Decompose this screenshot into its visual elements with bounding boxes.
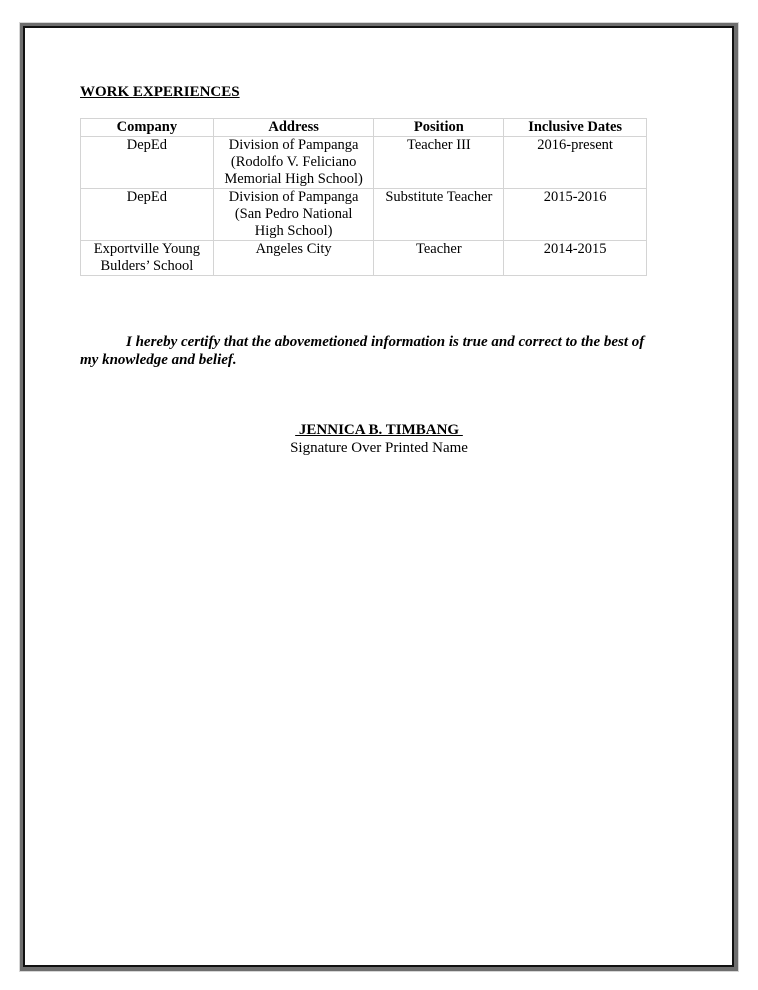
header-address: Address	[213, 119, 374, 137]
cell-dates: 2014-2015	[504, 241, 647, 276]
cell-company: Exportville Young Bulders’ School	[81, 241, 214, 276]
cell-address: Angeles City	[213, 241, 374, 276]
cell-text: 2014-2015	[506, 241, 644, 258]
cell-dates: 2015-2016	[504, 189, 647, 241]
cell-text: 2015-2016	[506, 189, 644, 206]
signatory-name: JENNICA B. TIMBANG	[295, 422, 463, 438]
cell-dates: 2016-present	[504, 137, 647, 189]
header-position: Position	[374, 119, 504, 137]
cell-text: Substitute Teacher	[376, 189, 501, 206]
table-header-row: Company Address Position Inclusive Dates	[81, 119, 647, 137]
table-row: DepEd Division of Pampanga (San Pedro Na…	[81, 189, 647, 241]
cell-company: DepEd	[81, 137, 214, 189]
cell-text: (Rodolfo V. Feliciano	[216, 154, 372, 171]
cell-position: Teacher	[374, 241, 504, 276]
certification-statement: I hereby certify that the abovemetioned …	[80, 333, 662, 369]
cell-position: Substitute Teacher	[374, 189, 504, 241]
cell-text: Teacher	[376, 241, 501, 258]
work-experience-table: Company Address Position Inclusive Dates…	[80, 118, 647, 276]
header-inclusive-dates: Inclusive Dates	[504, 119, 647, 137]
cell-position: Teacher III	[374, 137, 504, 189]
cell-company: DepEd	[81, 189, 214, 241]
cell-address: Division of Pampanga (Rodolfo V. Felicia…	[213, 137, 374, 189]
signature-block: JENNICA B. TIMBANG Signature Over Printe…	[0, 421, 758, 457]
cell-text: Division of Pampanga	[216, 137, 372, 154]
cell-address: Division of Pampanga (San Pedro National…	[213, 189, 374, 241]
cell-text: High School)	[216, 223, 372, 240]
cell-text: Exportville Young	[83, 241, 211, 258]
cell-text: Division of Pampanga	[216, 189, 372, 206]
cell-text: Memorial High School)	[216, 171, 372, 188]
cell-text: Angeles City	[216, 241, 372, 258]
cell-text: DepEd	[83, 137, 211, 154]
header-company: Company	[81, 119, 214, 137]
cell-text: Bulders’ School	[83, 258, 211, 275]
cell-text: 2016-present	[506, 137, 644, 154]
cell-text: (San Pedro National	[216, 206, 372, 223]
table-row: Exportville Young Bulders’ School Angele…	[81, 241, 647, 276]
cell-text: DepEd	[83, 189, 211, 206]
signature-caption: Signature Over Printed Name	[0, 439, 758, 457]
section-heading-work-experiences: WORK EXPERIENCES	[80, 84, 240, 101]
table-row: DepEd Division of Pampanga (Rodolfo V. F…	[81, 137, 647, 189]
cell-text: Teacher III	[376, 137, 501, 154]
